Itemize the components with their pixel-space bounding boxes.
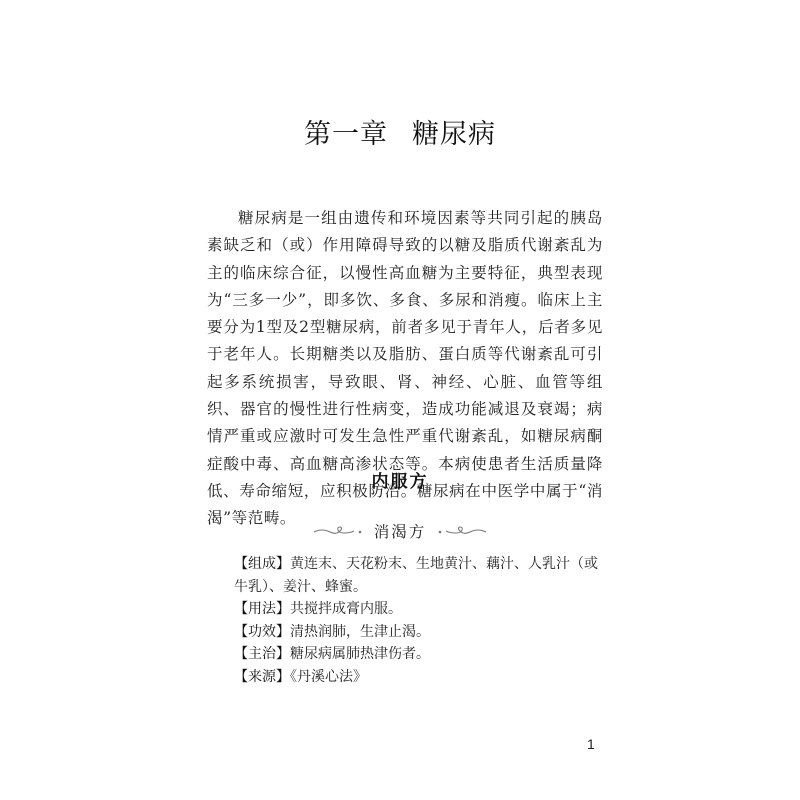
entry-label: 【组成】 xyxy=(234,556,290,572)
scroll-ornament-left-icon xyxy=(312,524,364,538)
recipe-title: 消渴方 xyxy=(374,520,427,542)
chapter-title: 第一章糖尿病 xyxy=(0,112,800,151)
entry-text: 共搅拌成膏内服。 xyxy=(290,601,402,617)
recipe-title-row: 消渴方 xyxy=(0,520,800,542)
recipe-entry-indication: 【主治】糖尿病属肺热津伤者。 xyxy=(207,643,607,666)
scroll-ornament-right-icon xyxy=(436,524,488,538)
chapter-name: 糖尿病 xyxy=(412,119,496,150)
recipe-details: 【组成】黄连末、天花粉末、生地黄汁、藕汁、人乳汁（或牛乳）、姜汁、蜂蜜。 【用法… xyxy=(207,553,607,688)
recipe-entry-efficacy: 【功效】清热润肺，生津止渴。 xyxy=(207,621,607,644)
book-page: 第一章糖尿病 糖尿病是一组由遗传和环境因素等共同引起的胰岛素缺乏和（或）作用障碍… xyxy=(0,0,800,800)
chapter-number: 第一章 xyxy=(304,119,388,150)
entry-label: 【主治】 xyxy=(234,646,290,662)
recipe-entry-composition: 【组成】黄连末、天花粉末、生地黄汁、藕汁、人乳汁（或牛乳）、姜汁、蜂蜜。 xyxy=(207,553,607,598)
entry-text: 《丹溪心法》 xyxy=(290,669,367,685)
entry-label: 【来源】 xyxy=(234,669,290,685)
entry-label: 【用法】 xyxy=(234,601,290,617)
entry-label: 【功效】 xyxy=(234,624,290,640)
recipe-entry-source: 【来源】《丹溪心法》 xyxy=(207,666,607,689)
entry-text: 清热润肺，生津止渴。 xyxy=(290,624,430,640)
recipe-entry-usage: 【用法】共搅拌成膏内服。 xyxy=(207,598,607,621)
section-heading: 内服方 xyxy=(0,467,800,492)
entry-text: 糖尿病属肺热津伤者。 xyxy=(290,646,430,662)
page-number: 1 xyxy=(587,736,595,752)
